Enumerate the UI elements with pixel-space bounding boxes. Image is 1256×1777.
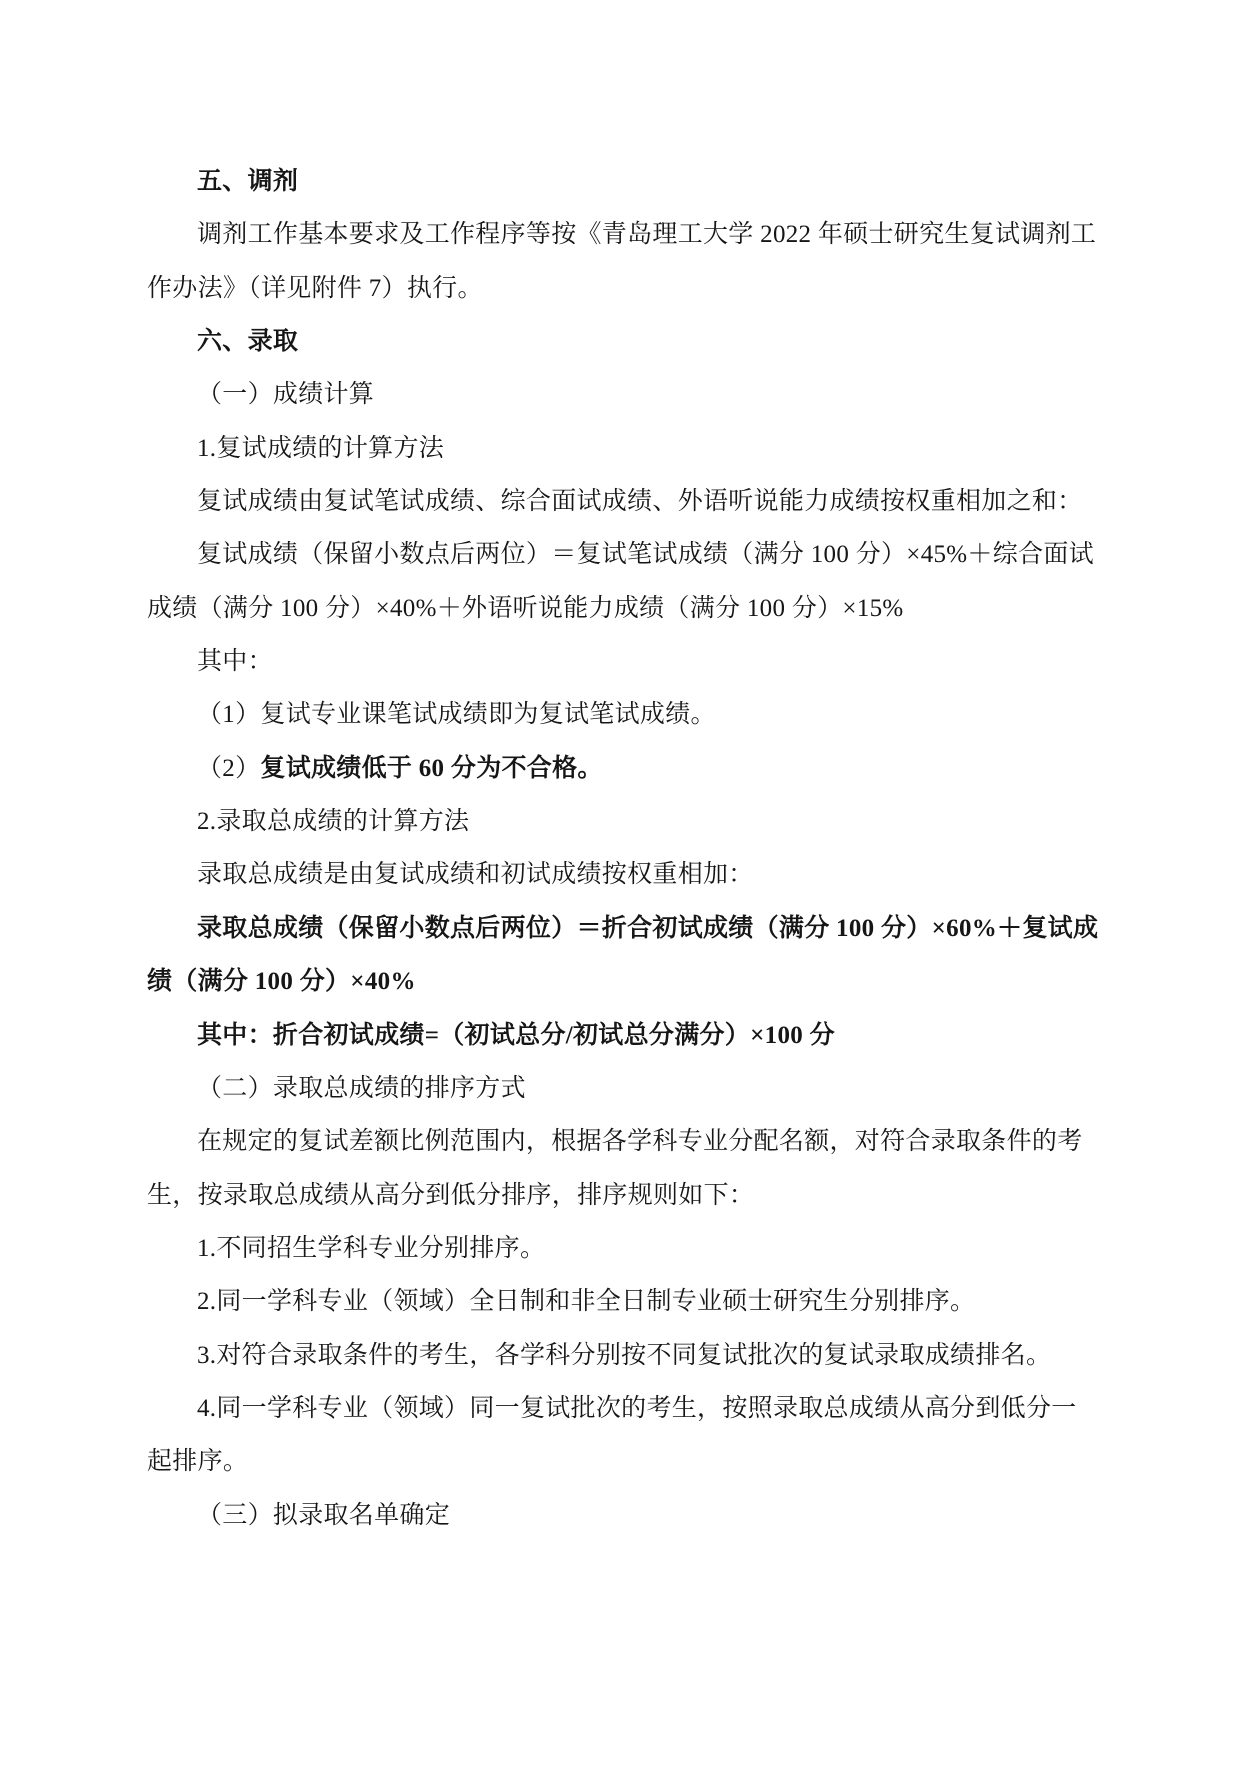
text-line: 4.同一学科专业（领域）同一复试批次的考生，按照录取总成绩从高分到低分一 — [147, 1382, 1162, 1435]
text-line: 绩（满分 100 分）×40% — [147, 955, 1162, 1008]
bold-text-segment: 复试成绩低于 60 分为不合格。 — [260, 755, 602, 782]
text-segment: 2.录取总成绩的计算方法 — [197, 808, 469, 835]
text-line: （2）复试成绩低于 60 分为不合格。 — [147, 742, 1162, 795]
text-segment: （三）拟录取名单确定 — [197, 1502, 450, 1529]
text-line: 作办法》（详见附件 7）执行。 — [147, 262, 1162, 315]
text-line: 六、录取 — [147, 315, 1162, 368]
bold-text-segment: 六、录取 — [197, 328, 298, 355]
text-line: 五、调剂 — [147, 155, 1162, 208]
text-line: 复试成绩（保留小数点后两位）＝复试笔试成绩（满分 100 分）×45%＋综合面试 — [147, 528, 1162, 581]
text-segment: 4.同一学科专业（领域）同一复试批次的考生，按照录取总成绩从高分到低分一 — [197, 1395, 1077, 1422]
text-line: （三）拟录取名单确定 — [147, 1489, 1162, 1542]
text-segment: 1.不同招生学科专业分别排序。 — [197, 1235, 545, 1262]
text-segment: 复试成绩（保留小数点后两位）＝复试笔试成绩（满分 100 分）×45%＋综合面试 — [197, 541, 1094, 568]
text-line: （一）成绩计算 — [147, 368, 1162, 421]
text-segment: 复试成绩由复试笔试成绩、综合面试成绩、外语听说能力成绩按权重相加之和： — [197, 488, 1083, 515]
bold-text-segment: 五、调剂 — [197, 168, 298, 195]
text-line: 2.同一学科专业（领域）全日制和非全日制专业硕士研究生分别排序。 — [147, 1275, 1162, 1328]
text-line: 3.对符合录取条件的考生，各学科分别按不同复试批次的复试录取成绩排名。 — [147, 1329, 1162, 1382]
document-text-body: 五、调剂调剂工作基本要求及工作程序等按《青岛理工大学 2022 年硕士研究生复试… — [147, 155, 1162, 1542]
text-segment: 生，按录取总成绩从高分到低分排序，排序规则如下： — [147, 1182, 754, 1209]
text-line: 录取总成绩是由复试成绩和初试成绩按权重相加： — [147, 848, 1162, 901]
text-line: 复试成绩由复试笔试成绩、综合面试成绩、外语听说能力成绩按权重相加之和： — [147, 475, 1162, 528]
text-line: （1）复试专业课笔试成绩即为复试笔试成绩。 — [147, 688, 1162, 741]
text-segment: 作办法》（详见附件 7）执行。 — [147, 275, 483, 302]
text-line: 1.复试成绩的计算方法 — [147, 422, 1162, 475]
text-line: 其中： — [147, 635, 1162, 688]
text-line: 调剂工作基本要求及工作程序等按《青岛理工大学 2022 年硕士研究生复试调剂工 — [147, 208, 1162, 261]
bold-text-segment: 绩（满分 100 分）×40% — [147, 968, 416, 995]
text-line: 起排序。 — [147, 1435, 1162, 1488]
text-line: 录取总成绩（保留小数点后两位）＝折合初试成绩（满分 100 分）×60%＋复试成 — [147, 902, 1162, 955]
text-segment: （二）录取总成绩的排序方式 — [197, 1075, 526, 1102]
text-line: 生，按录取总成绩从高分到低分排序，排序规则如下： — [147, 1169, 1162, 1222]
text-segment: （一）成绩计算 — [197, 381, 374, 408]
text-line: 2.录取总成绩的计算方法 — [147, 795, 1162, 848]
text-segment: （2） — [197, 755, 260, 782]
text-line: （二）录取总成绩的排序方式 — [147, 1062, 1162, 1115]
text-line: 在规定的复试差额比例范围内，根据各学科专业分配名额，对符合录取条件的考 — [147, 1115, 1162, 1168]
text-segment: 调剂工作基本要求及工作程序等按《青岛理工大学 2022 年硕士研究生复试调剂工 — [197, 221, 1096, 248]
text-segment: 其中： — [197, 648, 273, 675]
text-segment: 录取总成绩是由复试成绩和初试成绩按权重相加： — [197, 861, 754, 888]
text-segment: 2.同一学科专业（领域）全日制和非全日制专业硕士研究生分别排序。 — [197, 1288, 975, 1315]
text-segment: 1.复试成绩的计算方法 — [197, 435, 444, 462]
text-segment: （1）复试专业课笔试成绩即为复试笔试成绩。 — [197, 701, 716, 728]
document-page: 五、调剂调剂工作基本要求及工作程序等按《青岛理工大学 2022 年硕士研究生复试… — [0, 0, 1256, 1777]
text-line: 成绩（满分 100 分）×40%＋外语听说能力成绩（满分 100 分）×15% — [147, 582, 1162, 635]
text-segment: 在规定的复试差额比例范围内，根据各学科专业分配名额，对符合录取条件的考 — [197, 1128, 1083, 1155]
text-segment: 3.对符合录取条件的考生，各学科分别按不同复试批次的复试录取成绩排名。 — [197, 1342, 1051, 1369]
text-line: 其中：折合初试成绩=（初试总分/初试总分满分）×100 分 — [147, 1009, 1162, 1062]
bold-text-segment: 其中：折合初试成绩=（初试总分/初试总分满分）×100 分 — [197, 1022, 835, 1049]
text-segment: 成绩（满分 100 分）×40%＋外语听说能力成绩（满分 100 分）×15% — [147, 595, 904, 622]
bold-text-segment: 录取总成绩（保留小数点后两位）＝折合初试成绩（满分 100 分）×60%＋复试成 — [197, 915, 1098, 942]
text-segment: 起排序。 — [147, 1448, 248, 1475]
text-line: 1.不同招生学科专业分别排序。 — [147, 1222, 1162, 1275]
